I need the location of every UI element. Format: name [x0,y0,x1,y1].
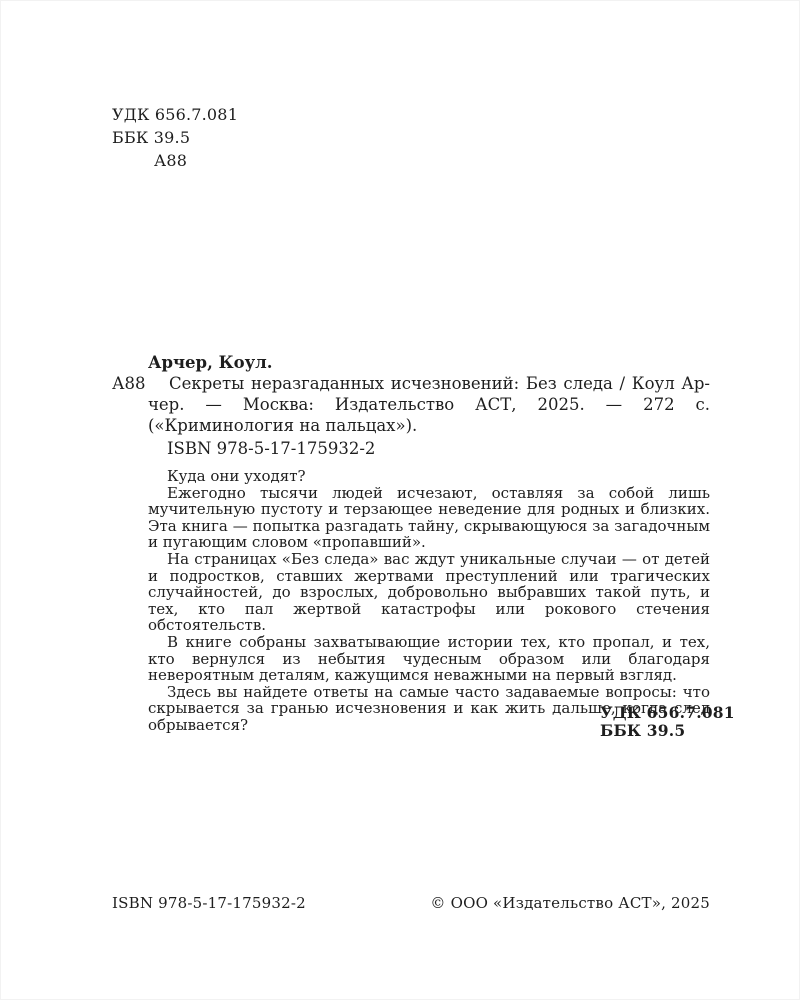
bibliographic-record: Секреты неразгаданных исчезновений: Без … [148,373,710,436]
footer-row: ISBN 978-5-17-175932-2 © ООО «Издательст… [112,894,710,912]
udc-code-top: УДК 656.7.081 [112,103,238,126]
bottom-codes-block: УДК 656.7.081 ББК 39.5 [600,704,735,739]
udc-code-bottom: УДК 656.7.081 [600,704,735,722]
annotation-block: Куда они уходят? Ежегодно тысячи людей и… [148,468,710,734]
catalog-card: Арчер, Коул. А88 Секреты неразгаданных и… [148,352,710,459]
annotation-paragraph: На страницах «Без следа» вас ждут уникал… [148,551,710,634]
isbn-line: ISBN 978-5-17-175932-2 [148,438,710,459]
annotation-paragraph: В книге собраны захватывающие истории те… [148,634,710,684]
margin-author-sign: А88 [112,373,146,394]
record-row: А88 Секреты неразгаданных исчезновений: … [148,373,710,436]
footer-isbn: ISBN 978-5-17-175932-2 [112,894,306,912]
footer-copyright: © ООО «Издательство АСТ», 2025 [430,894,710,912]
book-imprint-page: УДК 656.7.081 ББК 39.5 А88 Арчер, Коул. … [0,0,800,1000]
top-codes-block: УДК 656.7.081 ББК 39.5 А88 [112,103,238,172]
bbk-code-bottom: ББК 39.5 [600,722,735,740]
annotation-paragraph: Куда они уходят? [148,468,710,485]
annotation-paragraph: Ежегодно тысячи людей исчезают, оставляя… [148,485,710,551]
author-sign-code: А88 [112,149,238,172]
bbk-code-top: ББК 39.5 [112,126,238,149]
author-heading: Арчер, Коул. [148,352,710,373]
